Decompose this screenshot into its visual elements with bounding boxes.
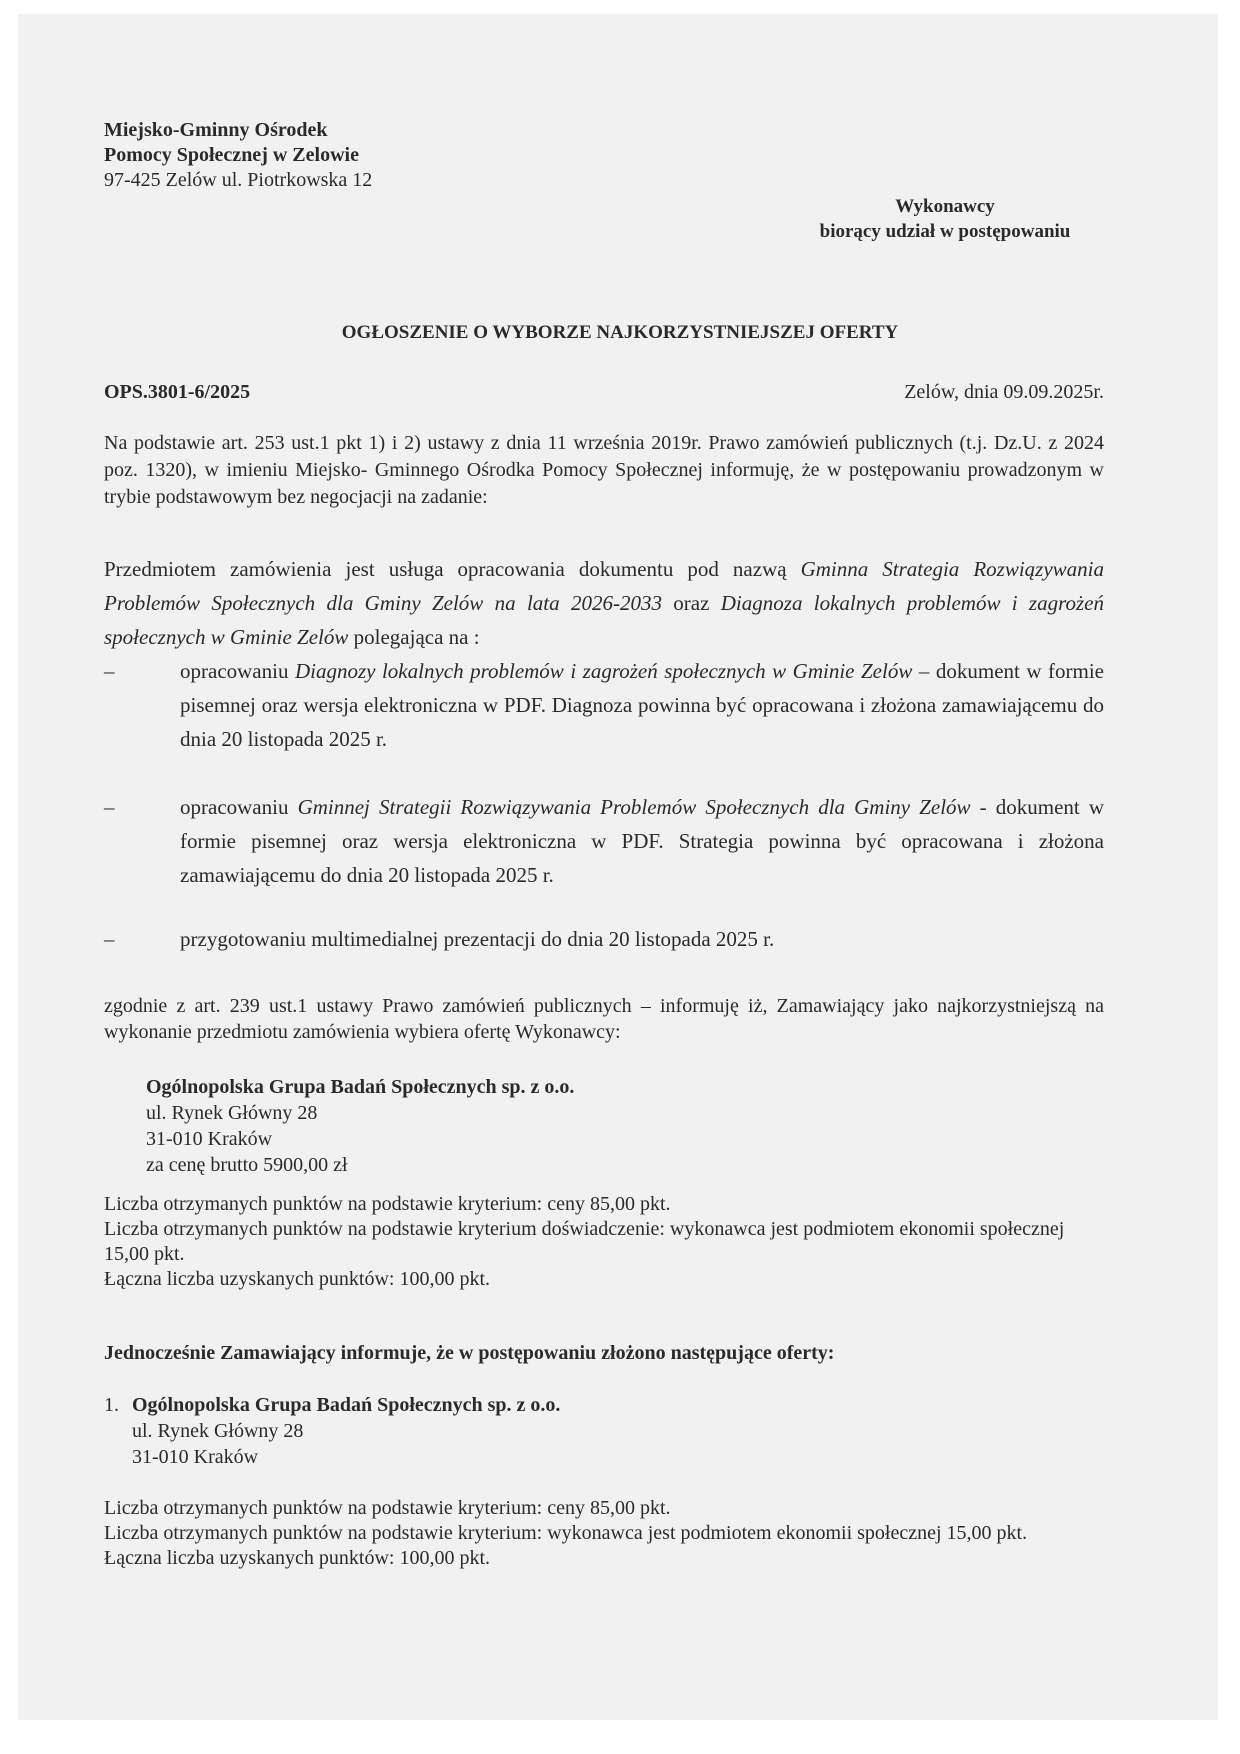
recipient-line1: Wykonawcy (790, 194, 1100, 219)
winner-block: Ogólnopolska Grupa Badań Społecznych sp.… (146, 1074, 574, 1178)
place-date: Zelów, dnia 09.09.2025r. (904, 380, 1104, 405)
score-total: Łączna liczba uzyskanych punktów: 100,00… (104, 1267, 1114, 1292)
score-price: Liczba otrzymanych punktów na podstawie … (104, 1192, 1114, 1217)
winner-price: za cenę brutto 5900,00 zł (146, 1152, 574, 1178)
sender-name-line2: Pomocy Społecznej w Zelowie (104, 143, 372, 168)
bullet-prefix: opracowaniu (180, 659, 295, 683)
offer-score-price: Liczba otrzymanych punktów na podstawie … (104, 1496, 1114, 1521)
sender-name-line1: Miejsko-Gminny Ośrodek (104, 118, 372, 143)
subject-paragraph: Przedmiotem zamówienia jest usługa oprac… (104, 552, 1104, 654)
intro-paragraph: Na podstawie art. 253 ust.1 pkt 1) i 2) … (104, 430, 1104, 511)
offer-number: 1. (104, 1392, 119, 1418)
offer-city: 31-010 Kraków (132, 1444, 560, 1470)
bullet-italic-title: Gminnej Strategii Rozwiązywania Problemó… (298, 795, 971, 819)
list-item: – opracowaniu Diagnozy lokalnych problem… (104, 654, 1104, 756)
winner-city: 31-010 Kraków (146, 1126, 574, 1152)
offer-street: ul. Rynek Główny 28 (132, 1418, 560, 1444)
document-title: OGŁOSZENIE O WYBORZE NAJKORZYSTNIEJSZEJ … (0, 320, 1240, 345)
bullet-prefix: opracowaniu (180, 795, 298, 819)
subject-prefix: Przedmiotem zamówienia jest usługa oprac… (104, 557, 801, 581)
dash-bullet-icon: – (104, 922, 115, 956)
sender-block: Miejsko-Gminny Ośrodek Pomocy Społecznej… (104, 118, 372, 193)
reference-number: OPS.3801-6/2025 (104, 380, 250, 405)
offer-score-social: Liczba otrzymanych punktów na podstawie … (104, 1521, 1114, 1546)
offer-item: 1. Ogólnopolska Grupa Badań Społecznych … (104, 1392, 560, 1470)
list-item: – opracowaniu Gminnej Strategii Rozwiązy… (104, 790, 1104, 892)
offers-heading: Jednocześnie Zamawiający informuje, że w… (104, 1341, 834, 1366)
offer-scores: Liczba otrzymanych punktów na podstawie … (104, 1496, 1114, 1571)
recipient-block: Wykonawcy biorący udział w postępowaniu (700, 194, 1100, 244)
recipient-line2: biorący udział w postępowaniu (790, 219, 1100, 244)
list-item: – przygotowaniu multimedialnej prezentac… (104, 922, 1104, 956)
offer-name: Ogólnopolska Grupa Badań Społecznych sp.… (132, 1392, 560, 1418)
dash-bullet-icon: – (104, 654, 115, 688)
dash-bullet-icon: – (104, 790, 115, 824)
bullet-prefix: przygotowaniu multimedialnej prezentacji… (180, 927, 774, 951)
bullet-italic-title: Diagnozy lokalnych problemów i zagrożeń … (295, 659, 912, 683)
score-experience: Liczba otrzymanych punktów na podstawie … (104, 1217, 1114, 1267)
legal-basis-paragraph: zgodnie z art. 239 ust.1 ustawy Prawo za… (104, 993, 1104, 1045)
winner-name: Ogólnopolska Grupa Badań Społecznych sp.… (146, 1074, 574, 1100)
subject-suffix: polegająca na : (348, 625, 479, 649)
winner-street: ul. Rynek Główny 28 (146, 1100, 574, 1126)
offer-score-total: Łączna liczba uzyskanych punktów: 100,00… (104, 1546, 1114, 1571)
subject-middle: oraz (662, 591, 721, 615)
sender-address: 97-425 Zelów ul. Piotrkowska 12 (104, 168, 372, 193)
winner-scores: Liczba otrzymanych punktów na podstawie … (104, 1192, 1114, 1292)
